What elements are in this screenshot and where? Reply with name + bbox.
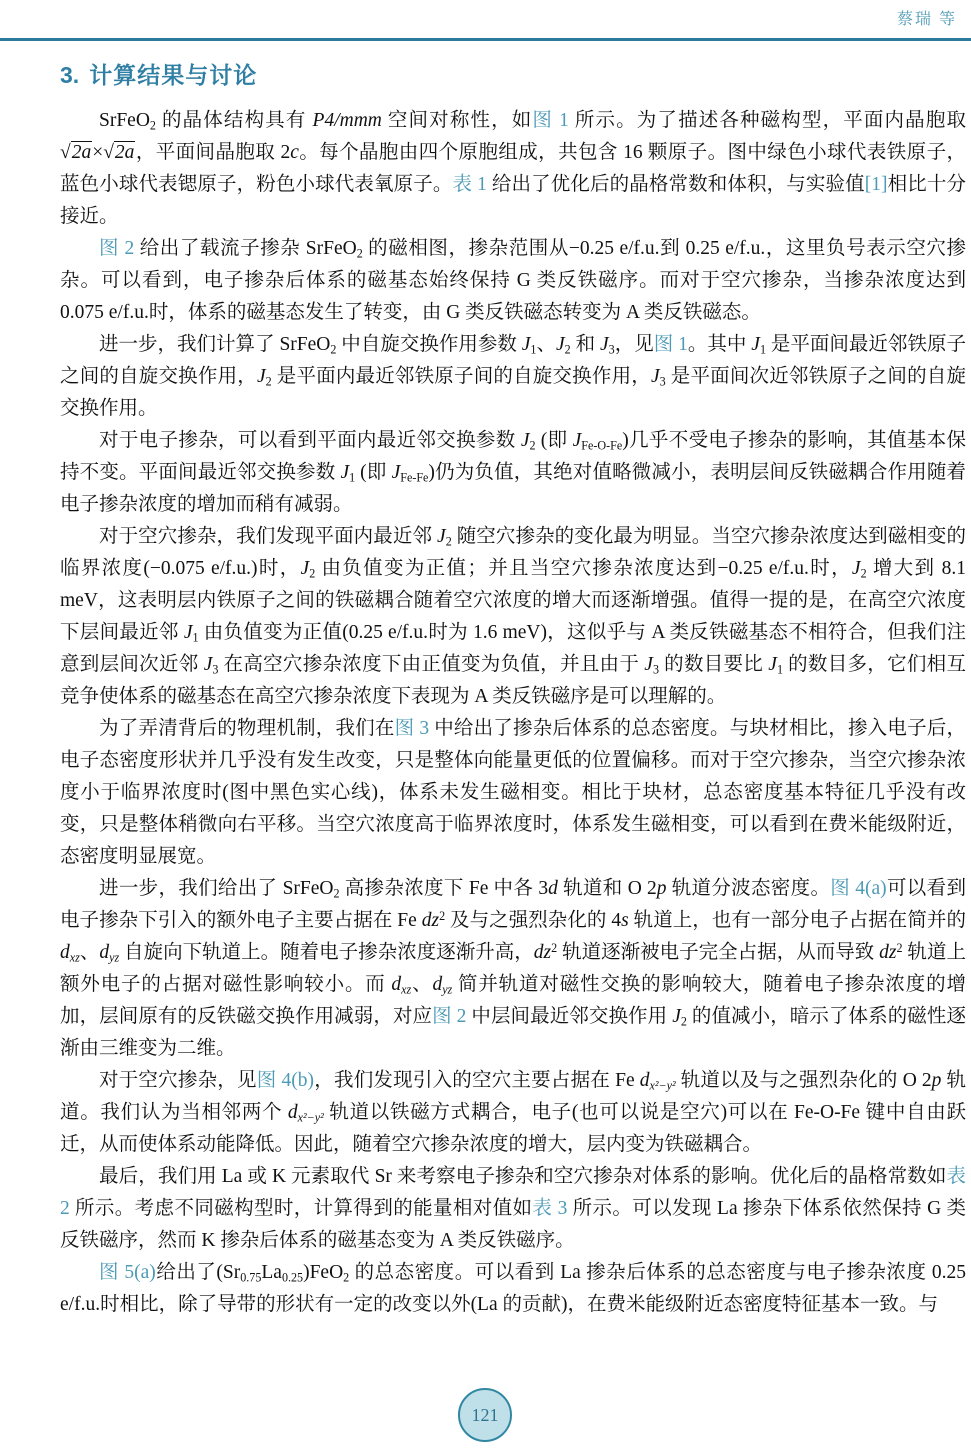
paragraph: 进一步，我们给出了 SrFeO2 高掺杂浓度下 Fe 中各 3d 轨道和 O 2… bbox=[60, 873, 966, 1065]
ref-link[interactable]: 图 2 bbox=[99, 238, 134, 259]
paragraph: 图 2 给出了载流子掺杂 SrFeO2 的磁相图，掺杂范围从−0.25 e/f.… bbox=[60, 233, 966, 329]
paragraph: 最后，我们用 La 或 K 元素取代 Sr 来考察电子掺杂和空穴掺杂对体系的影响… bbox=[60, 1161, 966, 1257]
ref-link[interactable]: 图 3 bbox=[395, 718, 430, 739]
section-heading: 3.计算结果与讨论 bbox=[60, 57, 966, 90]
paragraph: 对于空穴掺杂，我们发现平面内最近邻 J2 随空穴掺杂的变化最为明显。当空穴掺杂浓… bbox=[60, 521, 966, 713]
ref-link[interactable]: 图 2 bbox=[432, 1006, 466, 1027]
header-rule bbox=[0, 38, 971, 41]
paragraph: 图 5(a)给出了(Sr0.75La0.25)FeO2 的总态密度。可以看到 L… bbox=[60, 1257, 966, 1321]
sqrt-expression: √2a bbox=[60, 141, 92, 163]
article-body: 3.计算结果与讨论 SrFeO2 的晶体结构具有 P4/mmm 空间对称性，如图… bbox=[60, 57, 966, 1321]
ref-link[interactable]: 图 4(a) bbox=[830, 878, 886, 899]
sqrt-expression: √2a bbox=[103, 141, 135, 163]
ref-link[interactable]: 表 3 bbox=[532, 1198, 567, 1219]
paragraph: 对于电子掺杂，可以看到平面内最近邻交换参数 J2 (即 JFe-O-Fe)几乎不… bbox=[60, 425, 966, 521]
ref-link[interactable]: 图 1 bbox=[532, 110, 568, 131]
paragraph: 为了弄清背后的物理机制，我们在图 3 中给出了掺杂后体系的总态密度。与块材相比，… bbox=[60, 713, 966, 873]
paragraph: 进一步，我们计算了 SrFeO2 中自旋交换作用参数 J1、J2 和 J3，见图… bbox=[60, 329, 966, 425]
ref-link[interactable]: 表 1 bbox=[452, 174, 486, 195]
section-number: 3. bbox=[60, 62, 79, 88]
section-title: 计算结果与讨论 bbox=[89, 62, 257, 88]
page-number-badge: 121 bbox=[458, 1388, 512, 1442]
paragraph: SrFeO2 的晶体结构具有 P4/mmm 空间对称性，如图 1 所示。为了描述… bbox=[60, 105, 966, 233]
running-head-authors: 蔡瑞 等 bbox=[897, 6, 957, 29]
ref-link[interactable]: [1] bbox=[865, 174, 888, 195]
ref-link[interactable]: 图 1 bbox=[654, 334, 688, 355]
paragraph: 对于空穴掺杂，见图 4(b)，我们发现引入的空穴主要占据在 Fe dx²−y² … bbox=[60, 1065, 966, 1161]
ref-link[interactable]: 图 5(a) bbox=[99, 1262, 156, 1283]
ref-link[interactable]: 图 4(b) bbox=[257, 1070, 314, 1091]
